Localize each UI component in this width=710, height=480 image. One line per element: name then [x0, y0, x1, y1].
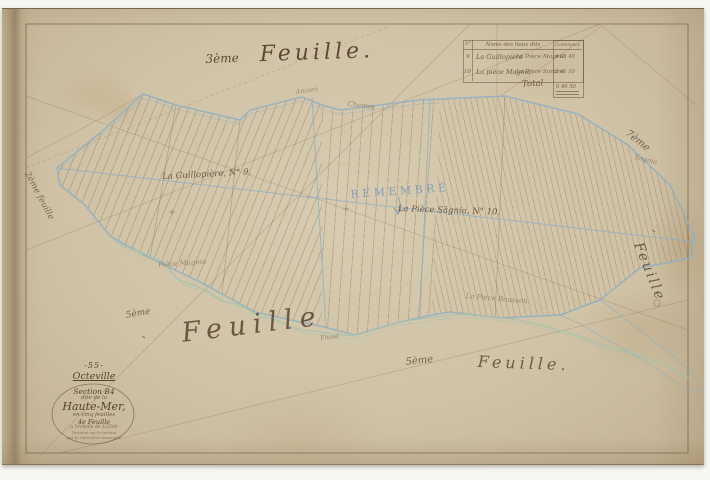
sheet-ref-top-word: Feuille. — [259, 38, 374, 67]
cartouche-commune: Octeville — [52, 371, 136, 382]
table-total-label: Total — [522, 78, 544, 89]
cartouche-note2: par le Géomètre soussigné — [52, 435, 136, 440]
table-total-fig: 6 46 50 — [556, 84, 576, 90]
survey-marks — [169, 206, 660, 306]
table-row1-no: 9 — [464, 54, 472, 60]
cadastral-map-scan: 3ème Feuille. 2ème feuille 7ème Feuille … — [0, 0, 710, 480]
cartouche-number: -55- — [52, 361, 136, 370]
table-header-names: Noms des lieux dits — [476, 42, 550, 48]
table-header-no: N° — [464, 42, 472, 47]
section-boundary-blue — [57, 94, 699, 393]
table-row2-no: 10 — [463, 69, 472, 75]
table-number-column-rule — [472, 40, 473, 81]
table-header-contenance: Contenance — [554, 42, 581, 47]
sheet-ref-top-num: 3ème — [205, 51, 239, 66]
sheet-ref-bottom-center-word: Feuille. — [477, 352, 570, 374]
table-header-rule — [463, 49, 582, 50]
table-row2-fig: 2 41 10 — [555, 69, 575, 75]
table-row1-fig: 4 05 40 — [555, 54, 575, 60]
table-total-double-rule — [556, 91, 579, 95]
